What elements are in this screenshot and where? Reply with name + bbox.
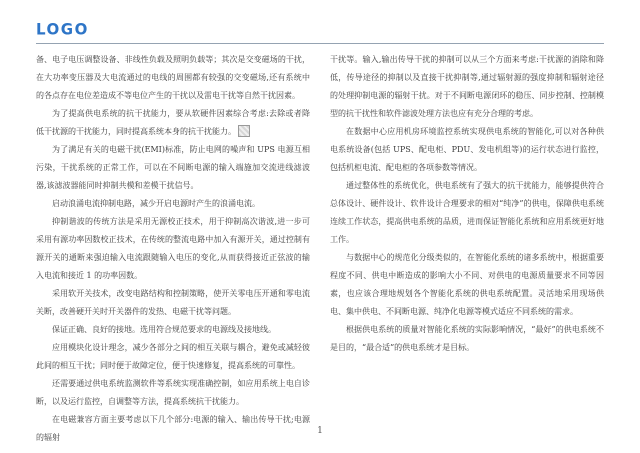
- document-page: LOGO 备、电子电压调整设备、非线性负载及照明负载等；其次是交变磁场的干扰，在…: [0, 0, 640, 453]
- document-body: 备、电子电压调整设备、非线性负载及照明负载等；其次是交变磁场的干扰，在大功率变压…: [36, 51, 604, 447]
- header-rule: [36, 43, 604, 44]
- paragraph: 为了提高供电系统的抗干扰能力，要从软硬件因素综合考虑:去除或者降低干扰源的干扰能…: [36, 105, 310, 141]
- paragraph: 应用模块化设计理念，减少各部分之间的相互关联与耦合，避免或减轻彼此间的相互干扰；…: [36, 339, 310, 375]
- paragraph: 为了满足有关的电磁干扰(EMI)标准，防止电网的噪声和 UPS 电源互相污染，干…: [36, 141, 310, 195]
- page-number: 1: [317, 426, 323, 436]
- page-header: LOGO: [36, 20, 604, 44]
- paragraph: 在数据中心应用机房环境监控系统实现供电系统的智能化,可以对各种供电系统设备(包括…: [330, 123, 604, 177]
- logo: LOGO: [36, 20, 89, 39]
- paragraph: 备、电子电压调整设备、非线性负载及照明负载等；其次是交变磁场的干扰，在大功率变压…: [36, 51, 310, 105]
- paragraph: 根据供电系统的质量对智能化系统的实际影响情况，“最好”的供电系统不是目的，“最合…: [330, 321, 604, 357]
- paragraph: 还需要通过供电系统监测软件等系统实现准确控制，如应用系统上电自诊断，以及运行监控…: [36, 375, 310, 411]
- paragraph: 采用软开关技术，改变电路结构和控制策略，使开关零电压开通和零电流关断，改善硬开关…: [36, 285, 310, 321]
- paragraph: 与数据中心的规范化分级类似的，在智能化系统的诸多系统中，根据重要程度不同、供电中…: [330, 249, 604, 321]
- paragraph: 干扰等。输入,输出传导干扰的抑制可以从三个方面来考虑:干扰源的消除和降低，传导途…: [330, 51, 604, 123]
- paragraph: 通过整体性的系统优化，供电系统有了强大的抗干扰能力，能够提供符合总体设计、硬件设…: [330, 177, 604, 249]
- right-column: 干扰等。输入,输出传导干扰的抑制可以从三个方面来考虑:干扰源的消除和降低，传导途…: [330, 51, 604, 447]
- paragraph-text: 为了提高供电系统的抗干扰能力，要从软硬件因素综合考虑:去除或者降低干扰源的干扰能…: [36, 109, 310, 136]
- paragraph: 启动浪涌电流抑制电路，减少开启电源时产生的浪涌电流。: [36, 195, 310, 213]
- paragraph: 保证正确、良好的接地。选用符合规范要求的电源线及接地线。: [36, 321, 310, 339]
- page-footer: 1: [0, 426, 640, 436]
- inline-thumbnail-image: [238, 125, 250, 137]
- left-column: 备、电子电压调整设备、非线性负载及照明负载等；其次是交变磁场的干扰，在大功率变压…: [36, 51, 310, 447]
- paragraph: 抑制谐波的传统方法是采用无源校正技术，用于抑制高次谐波,进一步可采用有源功率因数…: [36, 213, 310, 285]
